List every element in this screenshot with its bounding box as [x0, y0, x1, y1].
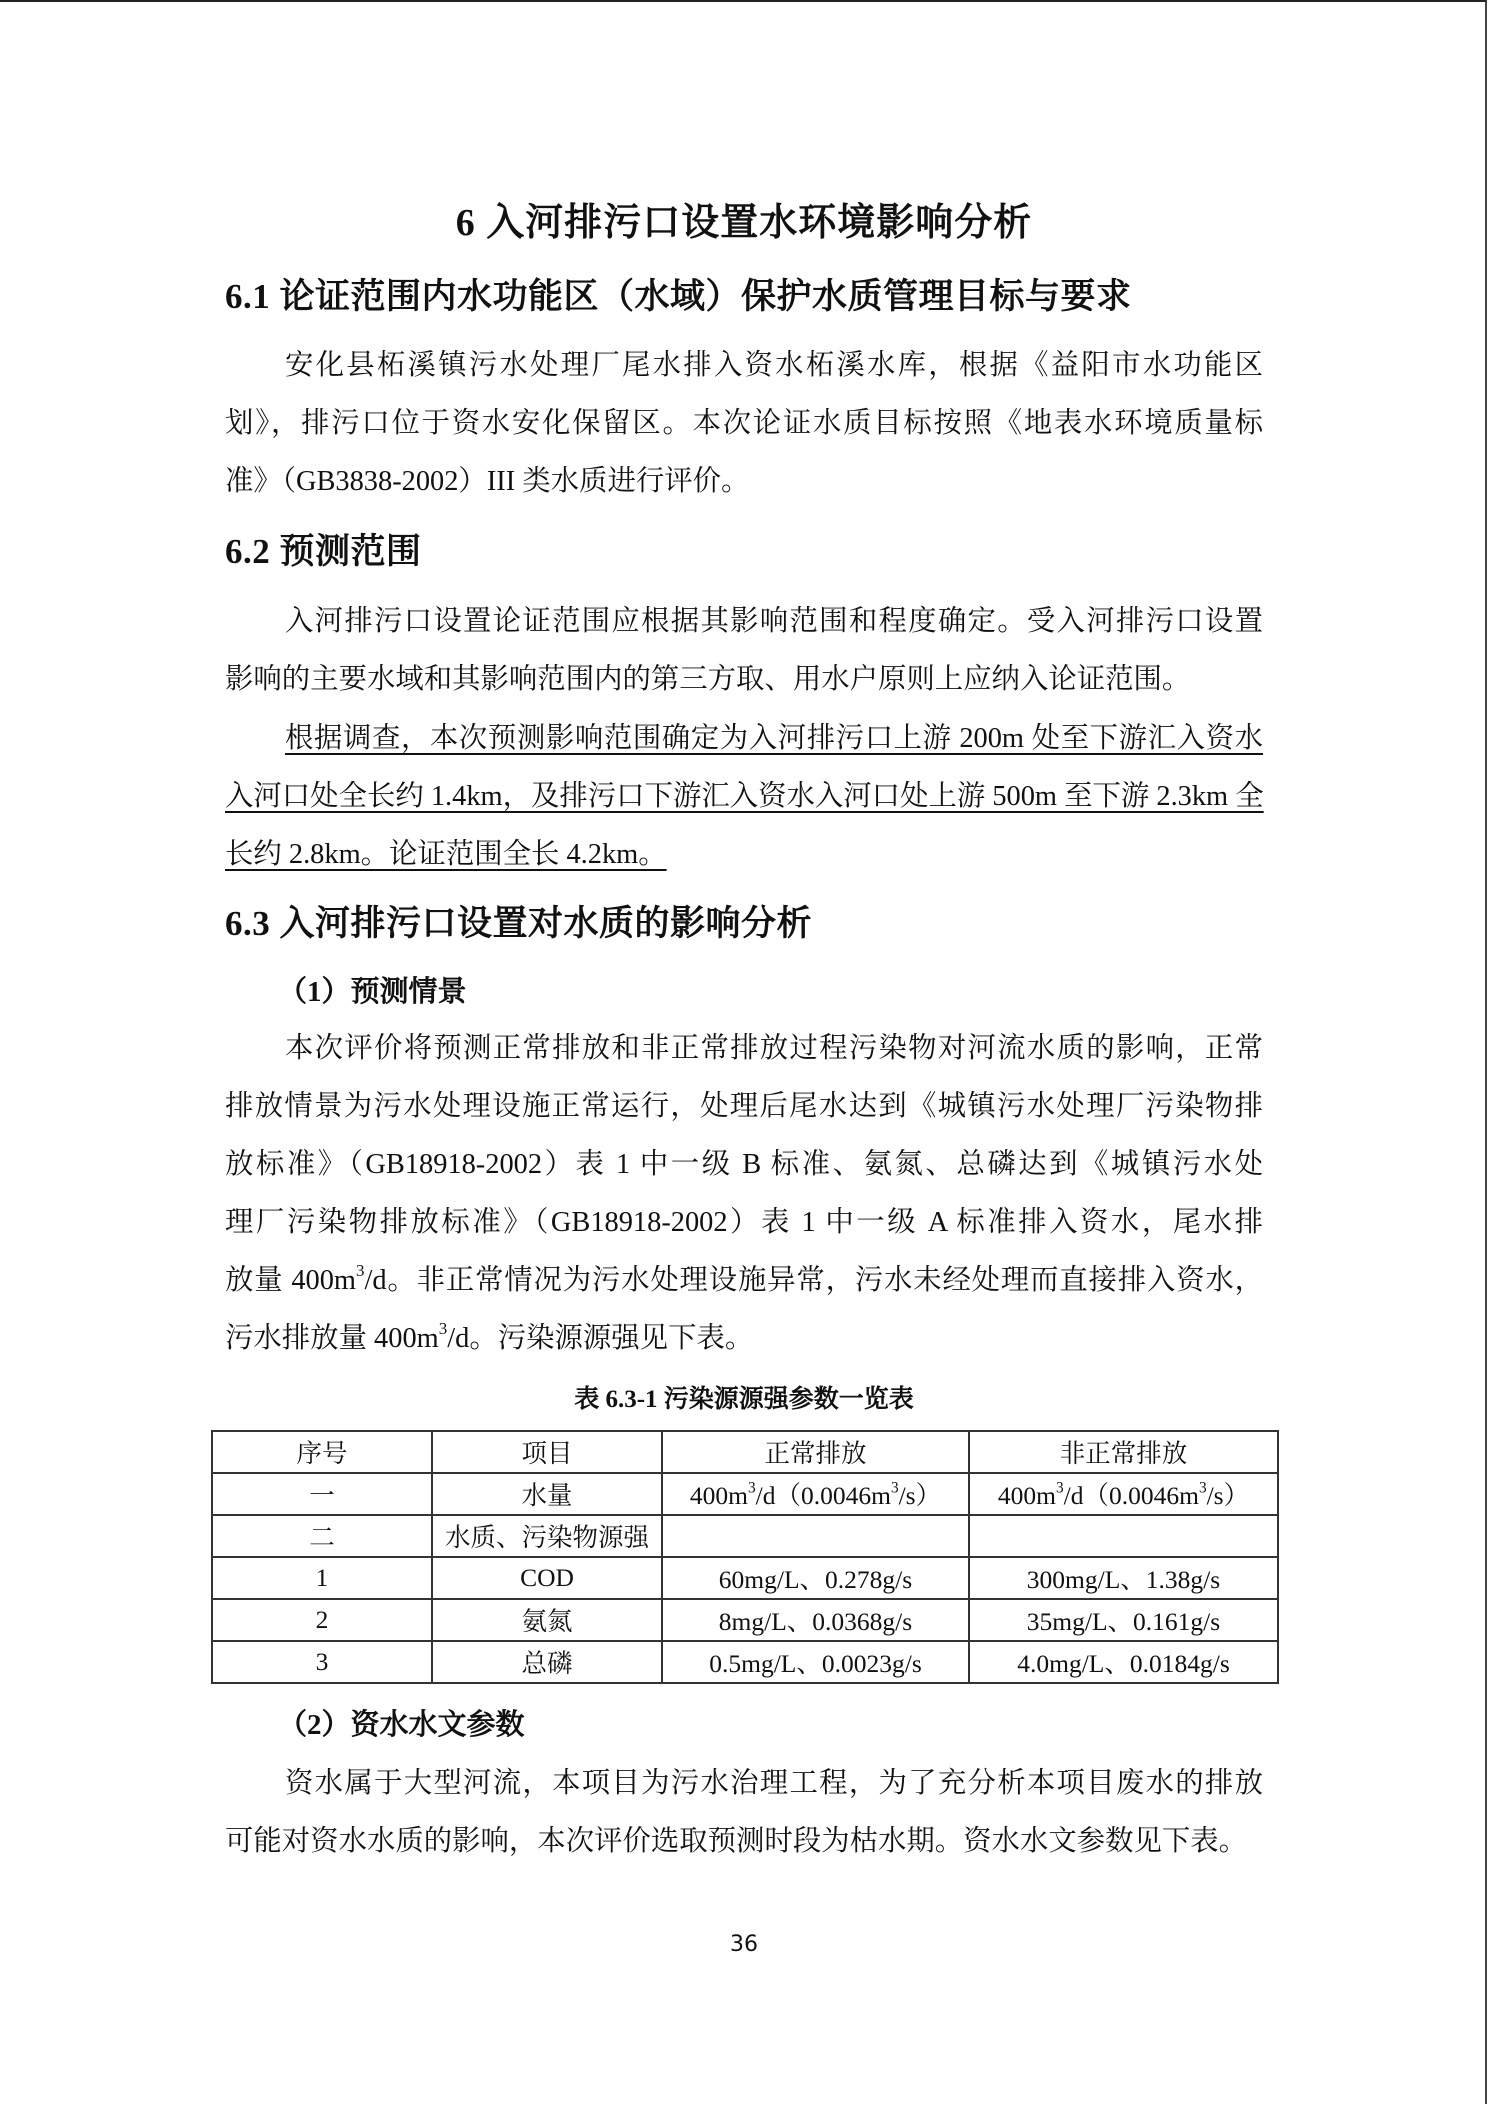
table-cell: 8mg/L、0.0368g/s [662, 1599, 969, 1641]
table-cell: 4.0mg/L、0.0184g/s [969, 1641, 1278, 1683]
table-cell: COD [432, 1557, 662, 1599]
text-run: /d。非正常情况为污水处理设施异常，污水未经处理而直接排入资水， [365, 1265, 1263, 1296]
table-cell: 300mg/L、1.38g/s [969, 1557, 1278, 1599]
pollution-source-table: 序号 项目 正常排放 非正常排放 一 水量 400m3/d（0.0046m3/s… [211, 1430, 1279, 1684]
table-cell: 水质、污染物源强 [432, 1515, 662, 1557]
table-row: 二 水质、污染物源强 [212, 1515, 1278, 1557]
text-run: 400m [690, 1481, 748, 1510]
section-heading-6-1: 6.1 论证范围内水功能区（水域）保护水质管理目标与要求 [225, 274, 1132, 320]
underlined-paragraph-line: 根据调查，本次预测影响范围确定为入河排污口上游 200m 处至下游汇入资水 [285, 719, 1263, 759]
table-cell: 水量 [432, 1473, 662, 1515]
header-cell: 正常排放 [662, 1431, 969, 1473]
text-run: 放量 400m [225, 1265, 356, 1296]
superscript: 3 [439, 1319, 448, 1338]
section-heading-6-2: 6.2 预测范围 [225, 529, 422, 575]
paragraph-line: 放量 400m3/d。非正常情况为污水处理设施异常，污水未经处理而直接排入资水， [225, 1261, 1263, 1301]
paragraph-line: 排放情景为污水处理设施正常运行，处理后尾水达到《城镇污水处理厂污染物排 [225, 1087, 1263, 1127]
underlined-paragraph-line: 长约 2.8km。论证范围全长 4.2km。 [225, 835, 1263, 875]
chapter-title: 6 入河排污口设置水环境影响分析 [0, 198, 1488, 248]
paragraph-line: 资水属于大型河流，本项目为污水治理工程，为了充分析本项目废水的排放 [285, 1764, 1263, 1804]
table-cell [969, 1515, 1278, 1557]
table-cell: 1 [212, 1557, 432, 1599]
table-cell: 氨氮 [432, 1599, 662, 1641]
section-heading-6-3: 6.3 入河排污口设置对水质的影响分析 [225, 901, 812, 947]
superscript: 3 [891, 1480, 899, 1497]
table-row: 一 水量 400m3/d（0.0046m3/s） 400m3/d（0.0046m… [212, 1473, 1278, 1515]
table-row: 1 COD 60mg/L、0.278g/s 300mg/L、1.38g/s [212, 1557, 1278, 1599]
table-cell: 35mg/L、0.161g/s [969, 1599, 1278, 1641]
header-cell: 非正常排放 [969, 1431, 1278, 1473]
superscript: 3 [748, 1480, 756, 1497]
table-row: 3 总磷 0.5mg/L、0.0023g/s 4.0mg/L、0.0184g/s [212, 1641, 1278, 1683]
table-cell: 二 [212, 1515, 432, 1557]
text-run: /d。污染源源强见下表。 [447, 1323, 753, 1354]
underlined-paragraph-line: 入河口处全长约 1.4km，及排污口下游汇入资水入河口处上游 500m 至下游 … [225, 777, 1263, 817]
paragraph-line: 污水排放量 400m3/d。污染源源强见下表。 [225, 1319, 1263, 1359]
paragraph-line: 安化县柘溪镇污水处理厂尾水排入资水柘溪水库，根据《益阳市水功能区 [285, 346, 1263, 386]
table-cell: 3 [212, 1641, 432, 1683]
table-header-row: 序号 项目 正常排放 非正常排放 [212, 1431, 1278, 1473]
table-cell: 一 [212, 1473, 432, 1515]
paragraph-line: 放标准》（GB18918-2002）表 1 中一级 B 标准、氨氮、总磷达到《城… [225, 1145, 1263, 1185]
text-run: 400m [998, 1481, 1056, 1510]
header-cell: 序号 [212, 1431, 432, 1473]
text-run: /d（0.0046m [756, 1481, 891, 1510]
text-run: /s） [1207, 1481, 1250, 1510]
table-cell: 400m3/d（0.0046m3/s） [662, 1473, 969, 1515]
paragraph-line: 影响的主要水域和其影响范围内的第三方取、用水户原则上应纳入论证范围。 [225, 660, 1263, 700]
table-cell: 0.5mg/L、0.0023g/s [662, 1641, 969, 1683]
sub-heading-hydrology-params: （2）资水水文参数 [278, 1705, 525, 1745]
document-page: 6 入河排污口设置水环境影响分析 6.1 论证范围内水功能区（水域）保护水质管理… [0, 0, 1487, 2104]
text-run: 污水排放量 400m [225, 1323, 439, 1354]
table-cell [662, 1515, 969, 1557]
sub-heading-prediction-scenario: （1）预测情景 [278, 972, 467, 1012]
underlined-text: 长约 2.8km。论证范围全长 4.2km。 [225, 839, 667, 870]
text-run: /s） [899, 1481, 942, 1510]
text-run: /d（0.0046m [1064, 1481, 1199, 1510]
paragraph-line: 可能对资水水质的影响，本次评价选取预测时段为枯水期。资水水文参数见下表。 [225, 1822, 1263, 1862]
superscript: 3 [1199, 1480, 1207, 1497]
table-cell: 总磷 [432, 1641, 662, 1683]
paragraph-line: 划》，排污口位于资水安化保留区。本次论证水质目标按照《地表水环境质量标 [225, 404, 1263, 444]
paragraph-line: 准》（GB3838-2002）III 类水质进行评价。 [225, 462, 1263, 502]
superscript: 3 [1056, 1480, 1064, 1497]
paragraph-line: 入河排污口设置论证范围应根据其影响范围和程度确定。受入河排污口设置 [285, 602, 1263, 642]
superscript: 3 [356, 1261, 365, 1280]
paragraph-line: 理厂污染物排放标准》（GB18918-2002）表 1 中一级 A 标准排入资水… [225, 1203, 1263, 1243]
table-row: 2 氨氮 8mg/L、0.0368g/s 35mg/L、0.161g/s [212, 1599, 1278, 1641]
table-cell: 2 [212, 1599, 432, 1641]
table-caption: 表 6.3-1 污染源源强参数一览表 [0, 1383, 1488, 1417]
table-cell: 60mg/L、0.278g/s [662, 1557, 969, 1599]
paragraph-line: 本次评价将预测正常排放和非正常排放过程污染物对河流水质的影响，正常 [285, 1029, 1263, 1069]
table-cell: 400m3/d（0.0046m3/s） [969, 1473, 1278, 1515]
header-cell: 项目 [432, 1431, 662, 1473]
page-number: 36 [0, 1930, 1488, 1960]
